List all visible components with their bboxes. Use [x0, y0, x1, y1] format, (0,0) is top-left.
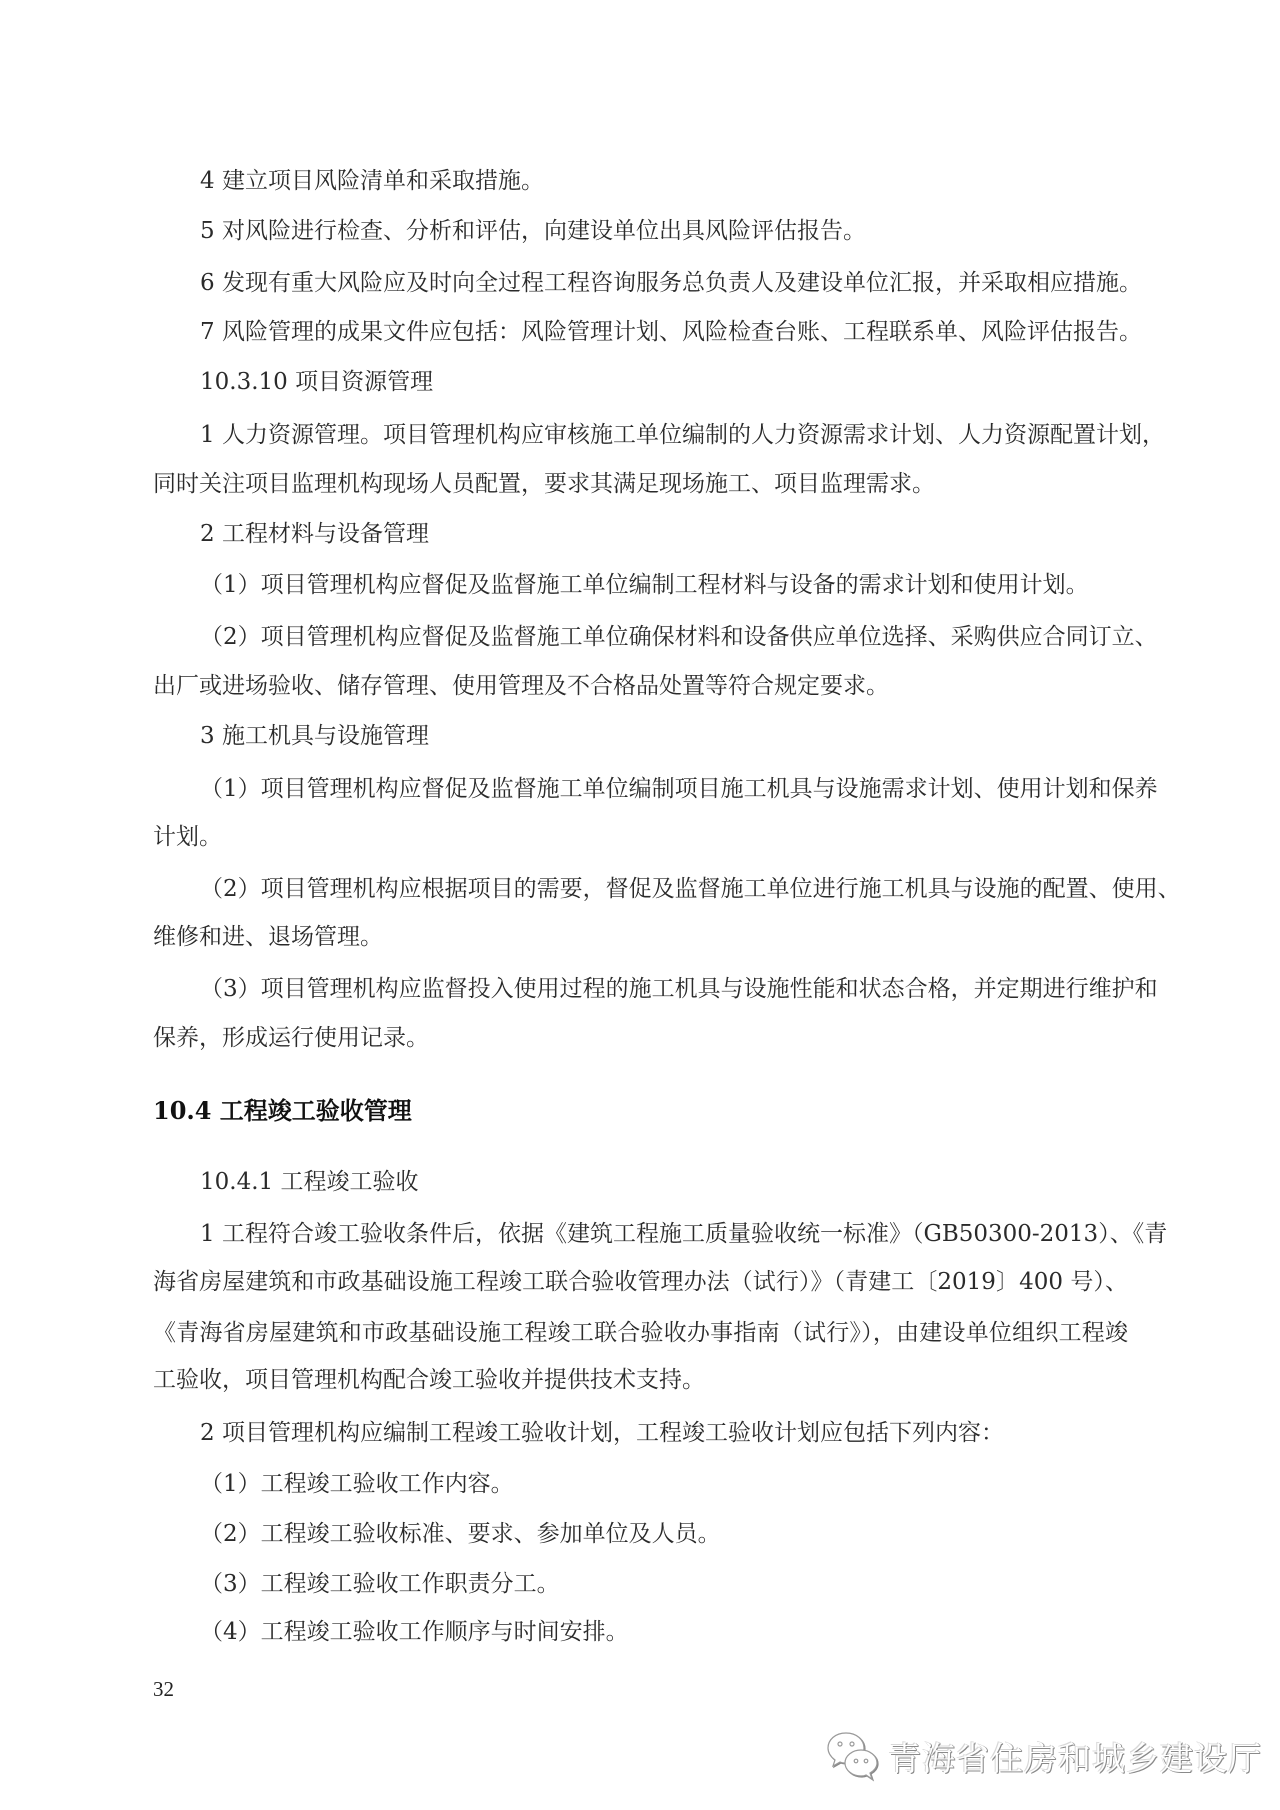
text-line: 10.3.10 项目资源管理	[200, 367, 1128, 397]
text-line: （2）项目管理机构应督促及监督施工单位确保材料和设备供应单位选择、采购供应合同订…	[200, 622, 1128, 652]
text-line: （2）工程竣工验收标准、要求、参加单位及人员。	[200, 1519, 1128, 1549]
text-line: 维修和进、退场管理。	[153, 922, 1128, 952]
text-line: 6 发现有重大风险应及时向全过程工程咨询服务总负责人及建设单位汇报，并采取相应措…	[200, 268, 1128, 298]
watermark-text: 青海省住房和城乡建设厅	[888, 1733, 1262, 1780]
text-line: （3）工程竣工验收工作职责分工。	[200, 1569, 1128, 1599]
text-line: （2）项目管理机构应根据项目的需要，督促及监督施工单位进行施工机具与设施的配置、…	[200, 874, 1128, 904]
text-line: （4）工程竣工验收工作顺序与时间安排。	[200, 1617, 1128, 1647]
text-line: 同时关注项目监理机构现场人员配置，要求其满足现场施工、项目监理需求。	[153, 469, 1128, 499]
text-line: 5 对风险进行检查、分析和评估，向建设单位出具风险评估报告。	[200, 216, 1128, 246]
text-line: （3）项目管理机构应监督投入使用过程的施工机具与设施性能和状态合格，并定期进行维…	[200, 974, 1128, 1004]
text-line: （1）项目管理机构应督促及监督施工单位编制项目施工机具与设施需求计划、使用计划和…	[200, 774, 1128, 804]
text-line: 工验收，项目管理机构配合竣工验收并提供技术支持。	[153, 1365, 1128, 1395]
text-line: 1 工程符合竣工验收条件后，依据《建筑工程施工质量验收统一标准》（GB50300…	[200, 1219, 1128, 1249]
text-line: 10.4.1 工程竣工验收	[200, 1167, 1128, 1197]
wechat-icon	[826, 1730, 880, 1782]
text-line: 4 建立项目风险清单和采取措施。	[200, 166, 1128, 196]
page-number: 32	[153, 1677, 174, 1702]
text-line: 2 项目管理机构应编制工程竣工验收计划，工程竣工验收计划应包括下列内容：	[200, 1418, 1128, 1448]
watermark: 青海省住房和城乡建设厅	[826, 1728, 1262, 1784]
text-line: 出厂或进场验收、储存管理、使用管理及不合格品处置等符合规定要求。	[153, 671, 1128, 701]
text-line: （1）项目管理机构应督促及监督施工单位编制工程材料与设备的需求计划和使用计划。	[200, 570, 1128, 600]
text-line: 海省房屋建筑和市政基础设施工程竣工联合验收管理办法（试行）》（青建工〔2019〕…	[153, 1267, 1128, 1297]
text-line: 计划。	[153, 822, 1128, 852]
section-heading: 10.4 工程竣工验收管理	[153, 1096, 1128, 1126]
text-line: 2 工程材料与设备管理	[200, 519, 1128, 549]
text-line: （1）工程竣工验收工作内容。	[200, 1469, 1128, 1499]
text-line: 3 施工机具与设施管理	[200, 721, 1128, 751]
text-line: 《青海省房屋建筑和市政基础设施工程竣工联合验收办事指南（试行》），由建设单位组织…	[153, 1318, 1128, 1348]
text-line: 1 人力资源管理。项目管理机构应审核施工单位编制的人力资源需求计划、人力资源配置…	[200, 420, 1128, 450]
text-line: 保养，形成运行使用记录。	[153, 1023, 1128, 1053]
text-line: 7 风险管理的成果文件应包括：风险管理计划、风险检查台账、工程联系单、风险评估报…	[200, 317, 1128, 347]
